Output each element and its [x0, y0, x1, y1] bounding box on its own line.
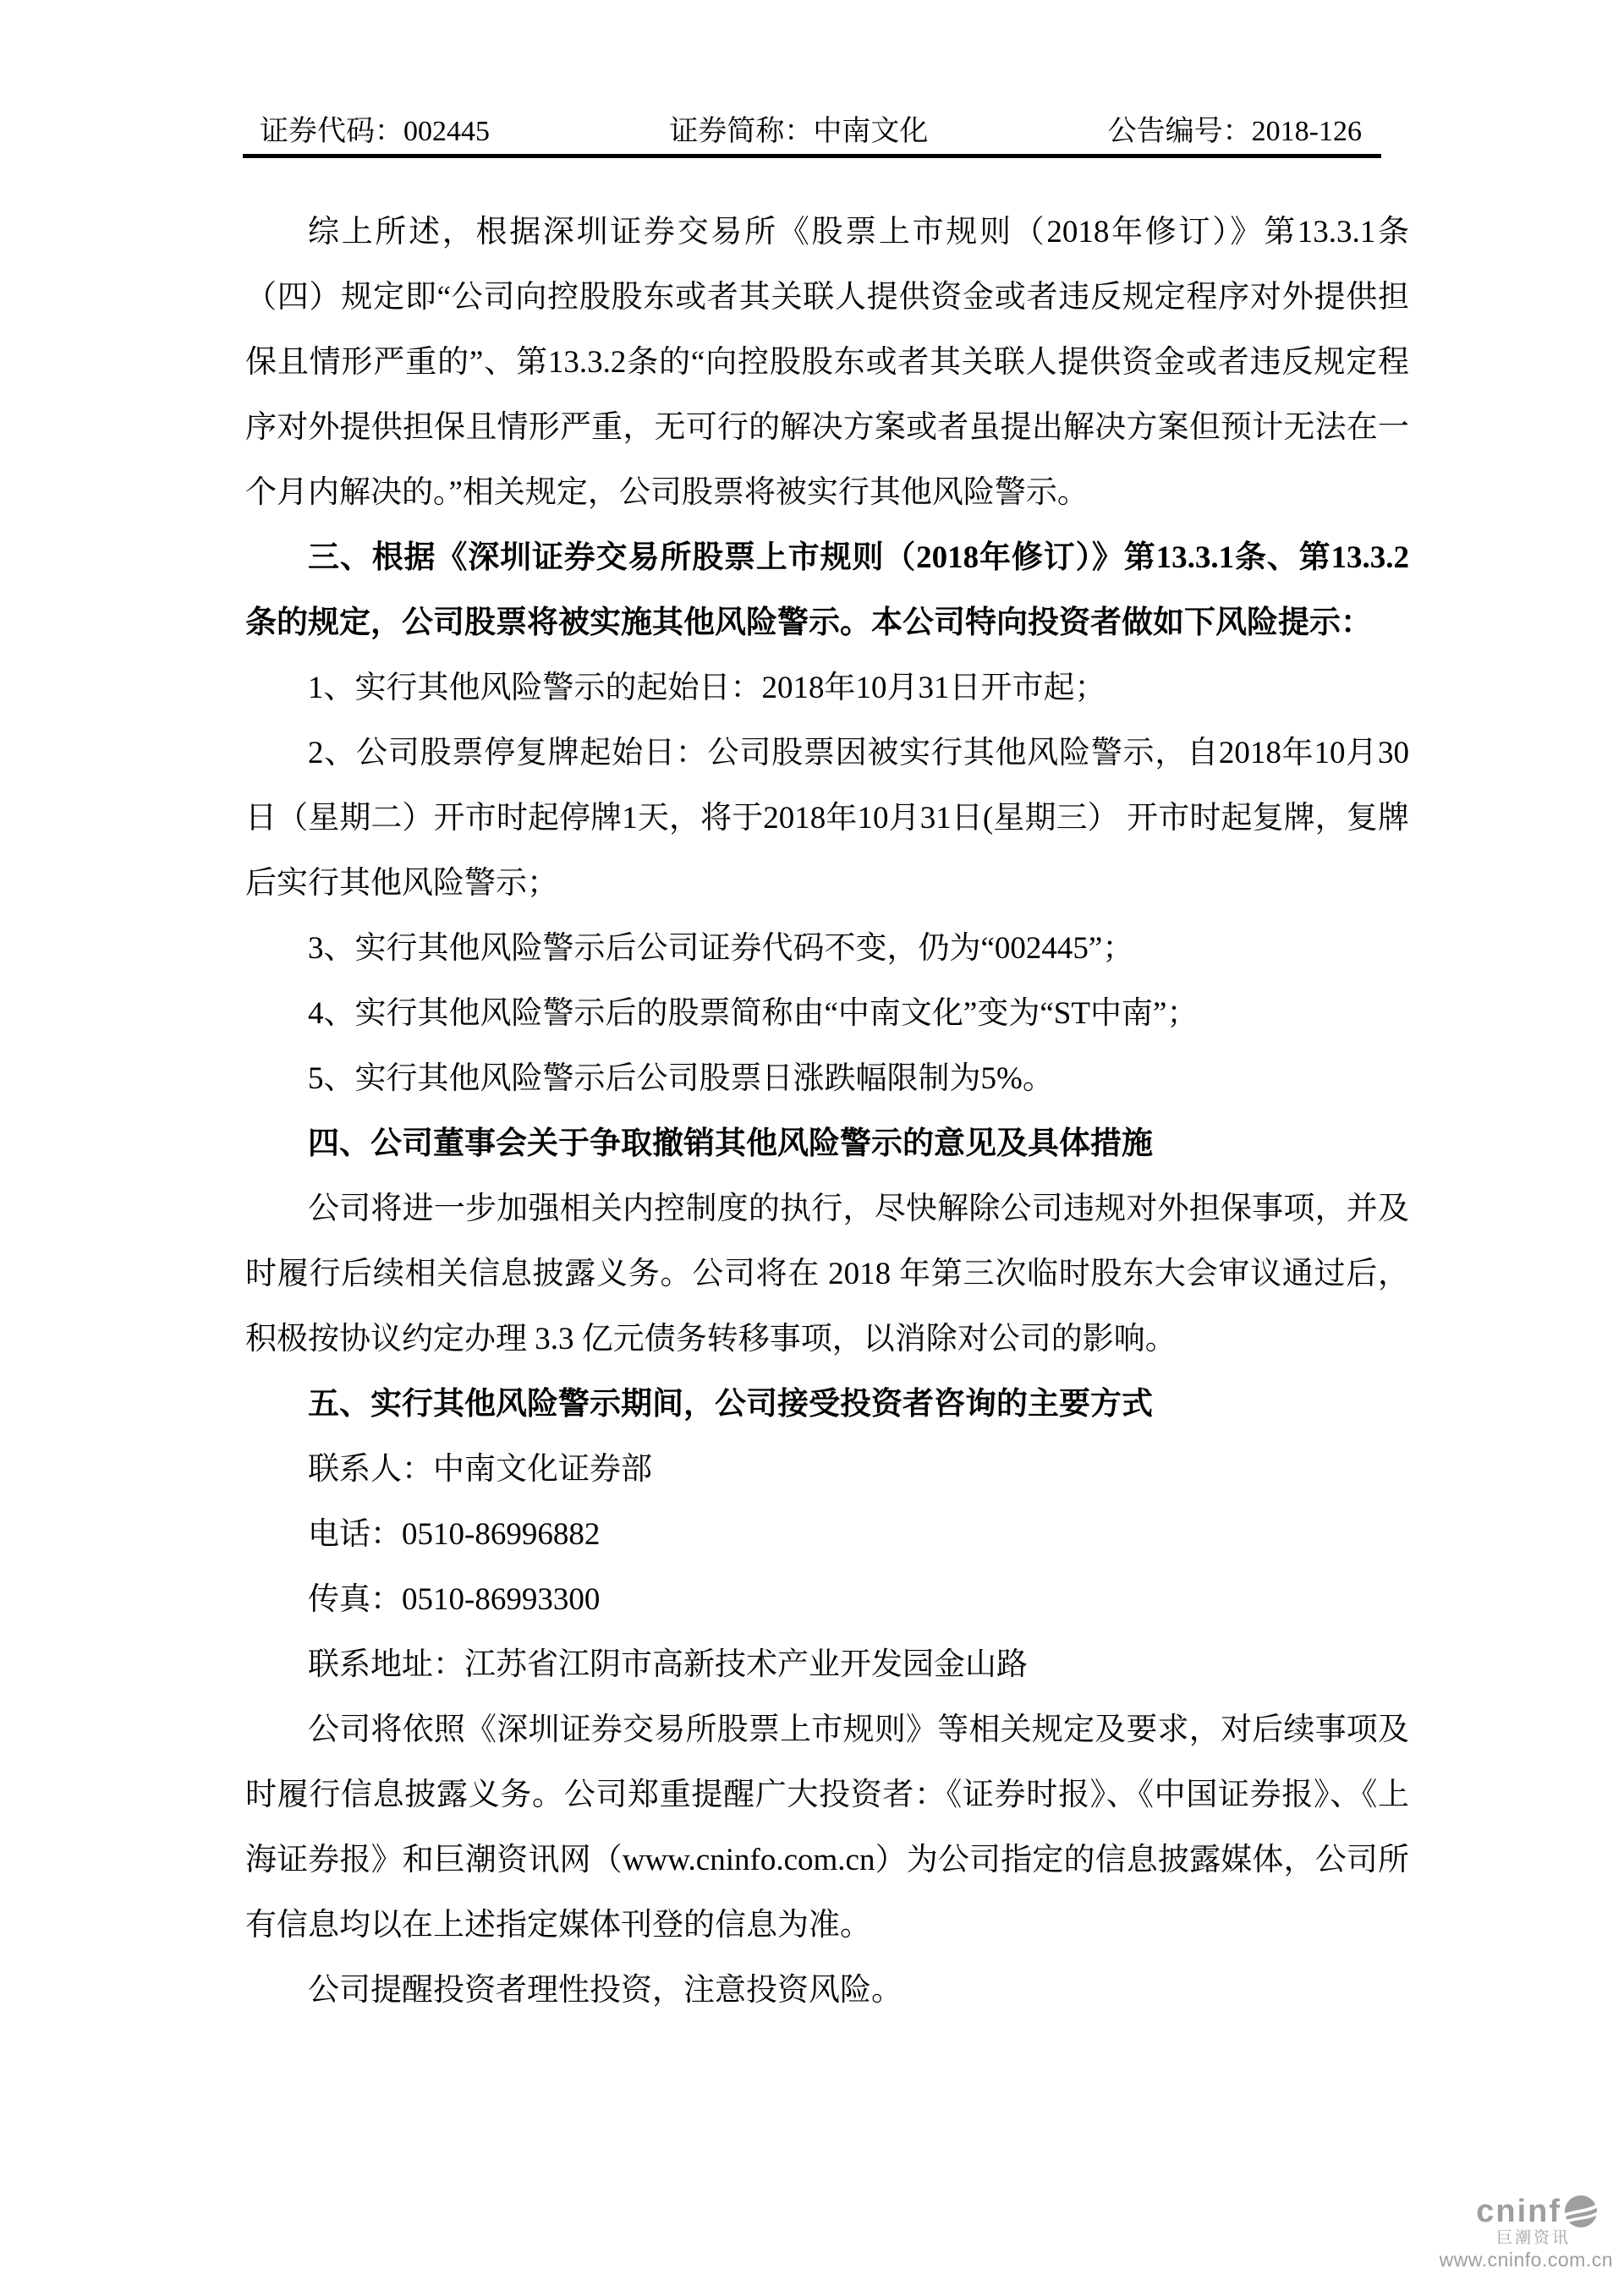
- cninfo-brand-chinese: 巨潮资讯: [1440, 2229, 1571, 2248]
- section-heading-four: 四、公司董事会关于争取撤销其他风险警示的意见及具体措施: [245, 1111, 1409, 1176]
- contact-person-line: 联系人：中南文化证券部: [245, 1437, 1409, 1502]
- header-divider-rule: [243, 154, 1381, 158]
- risk-item-1: 1、实行其他风险警示的起始日：2018年10月31日开市起；: [245, 655, 1409, 721]
- cninfo-website-url: www.cninfo.com.cn: [1440, 2249, 1613, 2271]
- risk-item-5: 5、实行其他风险警示后公司股票日涨跌幅限制为5%。: [245, 1046, 1409, 1111]
- cninfo-globe-icon: [1564, 2195, 1598, 2228]
- fax-line: 传真：0510-86993300: [245, 1567, 1409, 1632]
- paragraph-disclosure: 公司将依照《深圳证券交易所股票上市规则》等相关规定及要求，对后续事项及时履行信息…: [245, 1697, 1409, 1958]
- document-header: 证券代码：002445 证券简称：中南文化 公告编号：2018-126: [243, 113, 1381, 151]
- section-heading-three: 三、根据《深圳证券交易所股票上市规则（2018年修订）》第13.3.1条、第13…: [245, 525, 1409, 655]
- paragraph-measures: 公司将进一步加强相关内控制度的执行，尽快解除公司违规对外担保事项，并及时履行后续…: [245, 1176, 1409, 1372]
- document-body: 综上所述，根据深圳证券交易所《股票上市规则（2018年修订）》第13.3.1条（…: [245, 200, 1409, 2023]
- phone-line: 电话：0510-86996882: [245, 1502, 1409, 1567]
- stock-short-name: 证券简称：中南文化: [669, 113, 928, 151]
- section-heading-five: 五、实行其他风险警示期间，公司接受投资者咨询的主要方式: [245, 1372, 1409, 1437]
- paragraph-summary: 综上所述，根据深圳证券交易所《股票上市规则（2018年修订）》第13.3.1条（…: [245, 200, 1409, 525]
- announcement-page: 证券代码：002445 证券简称：中南文化 公告编号：2018-126 综上所述…: [0, 0, 1624, 2296]
- address-line: 联系地址：江苏省江阴市高新技术产业开发园金山路: [245, 1632, 1409, 1697]
- risk-item-4: 4、实行其他风险警示后的股票简称由“中南文化”变为“ST中南”；: [245, 981, 1409, 1046]
- cninfo-footer-logo: cninf 巨潮资讯 www.cninfo.com.cn: [1440, 2195, 1613, 2271]
- announcement-number: 公告编号：2018-126: [1108, 113, 1362, 151]
- risk-item-2: 2、公司股票停复牌起始日：公司股票因被实行其他风险警示，自2018年10月30日…: [245, 721, 1409, 916]
- cninfo-brand-text: cninf: [1476, 2195, 1561, 2228]
- cninfo-logo-row: cninf: [1440, 2195, 1598, 2228]
- paragraph-reminder: 公司提醒投资者理性投资，注意投资风险。: [245, 1958, 1409, 2023]
- stock-code: 证券代码：002445: [260, 113, 490, 151]
- risk-item-3: 3、实行其他风险警示后公司证券代码不变，仍为“002445”；: [245, 916, 1409, 981]
